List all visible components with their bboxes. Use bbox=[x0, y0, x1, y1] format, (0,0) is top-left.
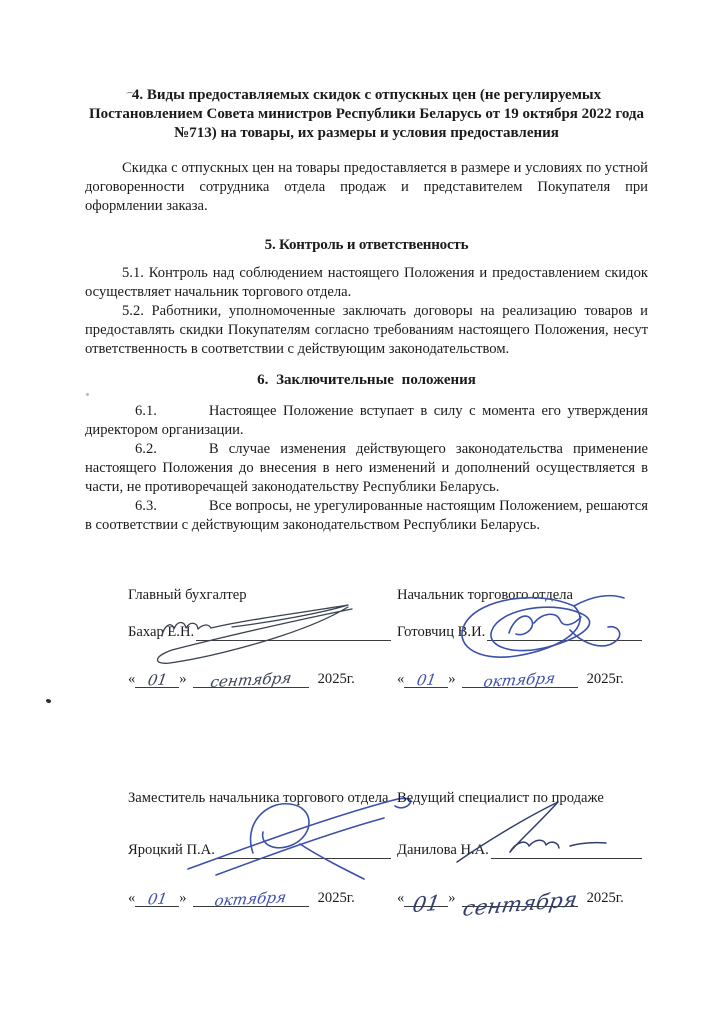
year-label: 2025г. bbox=[587, 671, 624, 687]
signature-block-chief-accountant: Главный бухгалтер Бахар Е.Н. «01»сентябр… bbox=[128, 586, 391, 726]
day-field: 01 bbox=[404, 889, 448, 907]
quote-close: » bbox=[179, 671, 186, 687]
clause-text: Все вопросы, не урегулированные настоящи… bbox=[85, 498, 648, 533]
handwritten-month: сентября bbox=[461, 887, 579, 921]
month-field: сентября bbox=[193, 670, 309, 688]
day-field: 01 bbox=[135, 889, 179, 907]
clause-number: 6.2. bbox=[135, 441, 157, 457]
clause-text: Настоящее Положение вступает в силу с мо… bbox=[85, 403, 648, 438]
section-4-paragraph: Скидка с отпускных цен на товары предост… bbox=[85, 159, 648, 216]
clause-6-1: 6.1.Настоящее Положение вступает в силу … bbox=[85, 402, 648, 440]
signatory-title: Начальник торгового отдела bbox=[397, 586, 642, 605]
signature-line bbox=[487, 622, 642, 641]
signatory-title: Главный бухгалтер bbox=[128, 586, 391, 605]
signatory-name: Бахар Е.Н. bbox=[128, 624, 194, 641]
section-6-heading: 6. Заключительные положения bbox=[85, 371, 648, 390]
document-page: 4. Виды предоставляемых скидок с отпускн… bbox=[0, 0, 723, 1024]
signatory-name-line: Готовчиц В.И. bbox=[397, 622, 642, 641]
day-field: 01 bbox=[404, 670, 448, 688]
document-body: 4. Виды предоставляемых скидок с отпускн… bbox=[85, 0, 648, 535]
handwritten-day: 01 bbox=[411, 891, 442, 917]
clause-number: 6.3. bbox=[135, 498, 157, 514]
clause-5-1: 5.1. Контроль над соблюдением настоящего… bbox=[85, 264, 648, 302]
signatory-name-line: Яроцкий П.А. bbox=[128, 840, 391, 859]
month-field: октября bbox=[193, 889, 309, 907]
handwritten-month: октября bbox=[482, 669, 556, 691]
signature-line bbox=[196, 622, 391, 641]
quote-close: » bbox=[179, 890, 186, 906]
handwritten-day: 01 bbox=[146, 671, 168, 690]
scan-artifact-mark bbox=[126, 92, 134, 96]
clause-6-2: 6.2.В случае изменения действующего зако… bbox=[85, 440, 648, 497]
handwritten-day: 01 bbox=[415, 671, 437, 690]
clause-number: 6.1. bbox=[135, 403, 157, 419]
month-field: октября bbox=[462, 670, 578, 688]
year-label: 2025г. bbox=[318, 890, 355, 906]
day-field: 01 bbox=[135, 670, 179, 688]
month-field: сентября bbox=[462, 889, 578, 907]
handwritten-month: сентября bbox=[209, 669, 293, 691]
signatory-name: Данилова Н.А. bbox=[397, 842, 489, 859]
signatory-title: Ведущий специалист по продаже bbox=[397, 789, 642, 808]
section-5-heading: 5. Контроль и ответственность bbox=[85, 236, 648, 255]
signatory-name: Яроцкий П.А. bbox=[128, 842, 215, 859]
signature-block-trade-head: Начальник торгового отдела Готовчиц В.И.… bbox=[397, 586, 642, 726]
signatory-name: Готовчиц В.И. bbox=[397, 624, 485, 641]
quote-open: « bbox=[128, 671, 135, 687]
signature-line bbox=[491, 840, 642, 859]
clause-text: В случае изменения действующего законода… bbox=[85, 441, 648, 495]
handwritten-month: октября bbox=[213, 888, 287, 910]
signature-block-deputy-head: Заместитель начальника торгового отдела … bbox=[128, 789, 391, 929]
quote-open: « bbox=[397, 890, 404, 906]
scan-artifact-dot bbox=[86, 393, 89, 396]
clause-6-3: 6.3.Все вопросы, не урегулированные наст… bbox=[85, 497, 648, 535]
quote-open: « bbox=[128, 890, 135, 906]
signatory-name-line: Данилова Н.А. bbox=[397, 840, 642, 859]
signatory-name-line: Бахар Е.Н. bbox=[128, 622, 391, 641]
date-line: «01»сентября2025г. bbox=[397, 889, 624, 907]
section-4-heading: 4. Виды предоставляемых скидок с отпускн… bbox=[85, 86, 648, 143]
clause-5-2: 5.2. Работники, уполномоченные заключать… bbox=[85, 302, 648, 359]
quote-open: « bbox=[397, 671, 404, 687]
quote-close: » bbox=[448, 671, 455, 687]
signature-block-sales-specialist: Ведущий специалист по продаже Данилова Н… bbox=[397, 789, 642, 929]
signatory-title: Заместитель начальника торгового отдела bbox=[128, 789, 391, 808]
year-label: 2025г. bbox=[318, 671, 355, 687]
date-line: «01»сентября2025г. bbox=[128, 670, 355, 688]
date-line: «01»октября2025г. bbox=[128, 889, 355, 907]
scan-artifact-speck bbox=[45, 698, 51, 704]
year-label: 2025г. bbox=[587, 890, 624, 906]
handwritten-day: 01 bbox=[146, 890, 168, 909]
signature-line bbox=[217, 840, 391, 859]
date-line: «01»октября2025г. bbox=[397, 670, 624, 688]
quote-close: » bbox=[448, 890, 455, 906]
